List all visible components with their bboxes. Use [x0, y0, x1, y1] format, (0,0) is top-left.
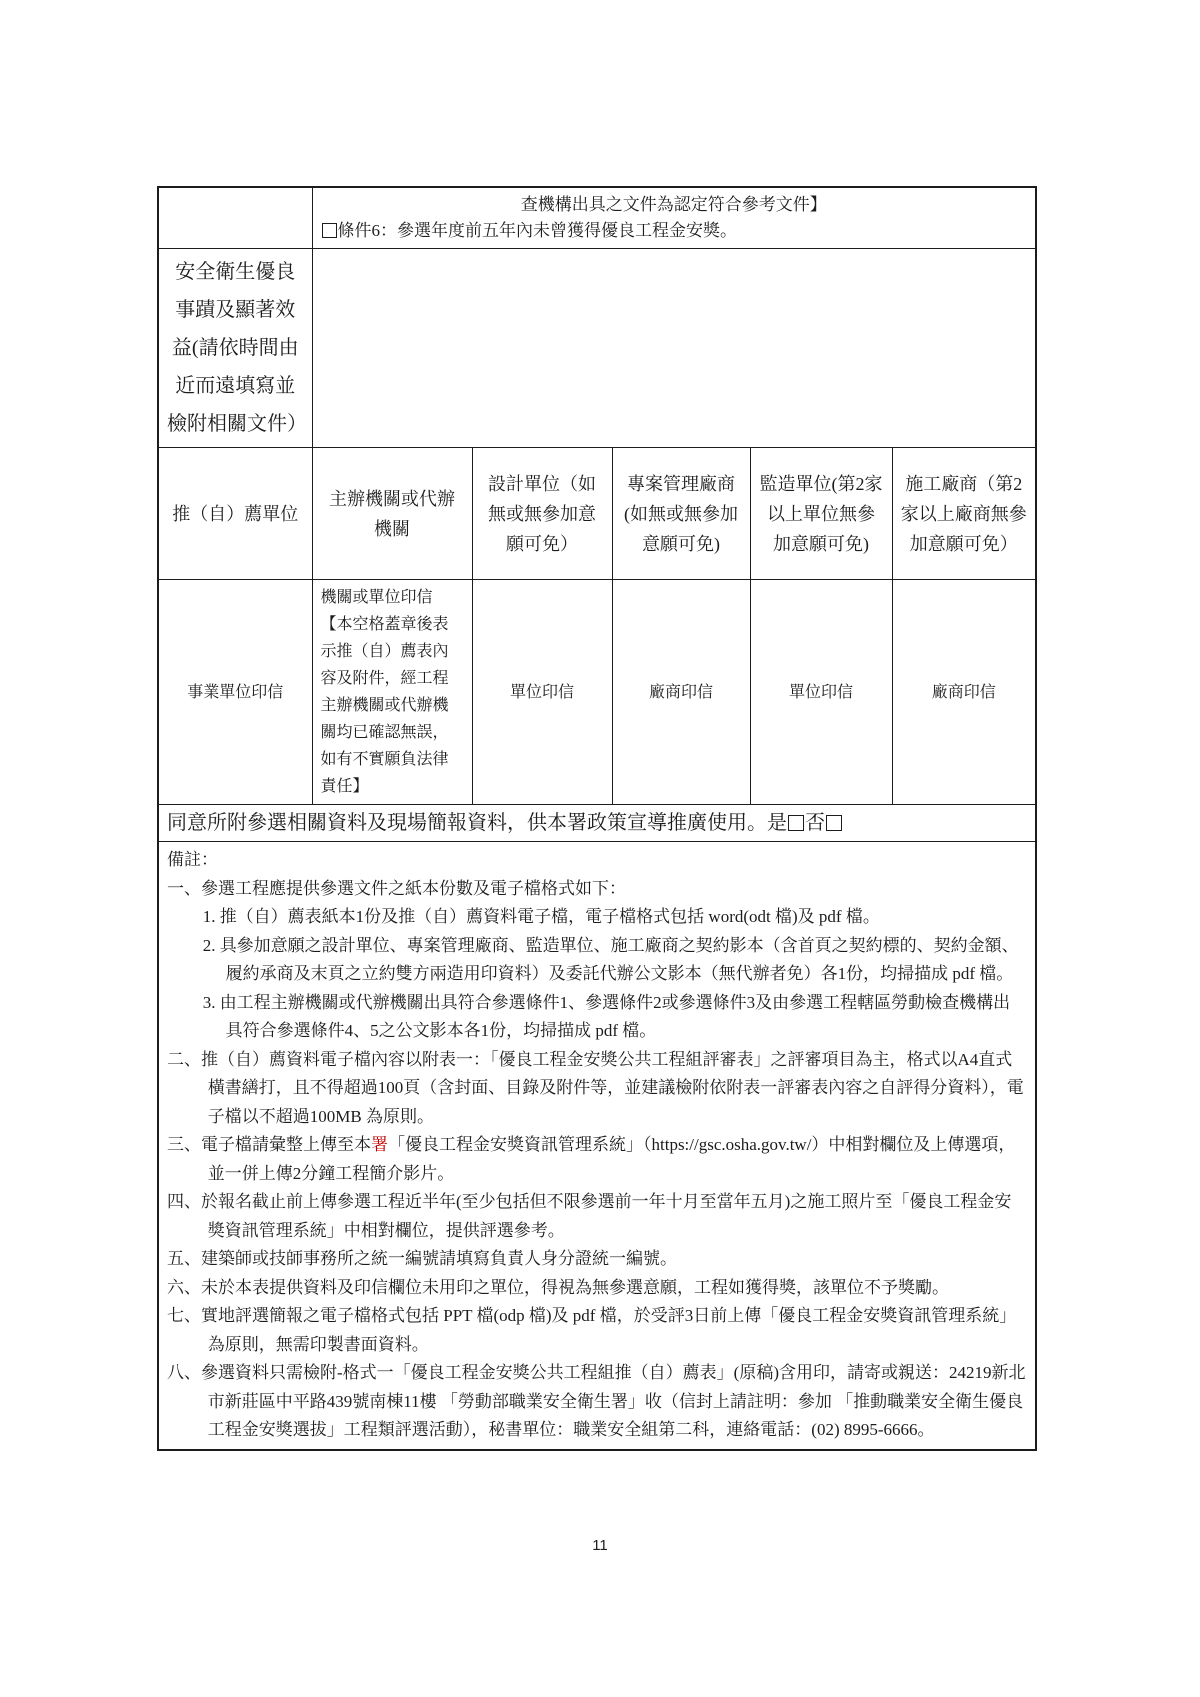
header-design-unit: 設計單位（如無或無參加意願可免）	[472, 448, 612, 580]
condition6-line: 條件6：參選年度前五年內未曾獲得優良工程金安獎。	[321, 218, 1028, 244]
seal-cell-supervision[interactable]: 單位印信	[750, 580, 892, 805]
seal-cell-design[interactable]: 單位印信	[472, 580, 612, 805]
row-seals: 事業單位印信 機關或單位印信 【本空格蓋章後表示推（自）薦表內容及附件，經工程主…	[158, 580, 1036, 805]
achievement-label-cell: 安全衛生優良事蹟及顯著效益(請依時間由近而遠填寫並檢附相關文件）	[158, 249, 312, 448]
note-6-text: 未於本表提供資料及印信欄位未用印之單位，得視為無參選意願，工程如獲得獎，該單位不…	[201, 1278, 949, 1297]
row-notes: 備註： 一、參選工程應提供參選文件之紙本份數及電子檔格式如下： 1. 推（自）薦…	[158, 842, 1036, 1450]
seal-cell-agency[interactable]: 機關或單位印信 【本空格蓋章後表示推（自）薦表內容及附件，經工程主辦機關或代辦機…	[312, 580, 472, 805]
achievement-input-area[interactable]	[312, 249, 1036, 448]
note-3-red-char: 署	[371, 1135, 388, 1154]
consent-yes-checkbox[interactable]	[788, 815, 804, 831]
note-2-label: 二、	[167, 1050, 201, 1069]
row-unit-headers: 推（自）薦單位 主辦機關或代辦機關 設計單位（如無或無參加意願可免） 專案管理廠…	[158, 448, 1036, 580]
note-1-sub-3: 3. 由工程主辦機關或代辦機關出具符合參選條件1、參選條件2或參選條件3及由參選…	[203, 989, 1027, 1046]
note-8-text: 參選資料只需檢附-格式一「優良工程金安獎公共工程組推（自）薦表」(原稿)含用印，…	[201, 1363, 1025, 1439]
note-3-label: 三、	[167, 1135, 201, 1154]
note-7: 七、實地評選簡報之電子檔格式包括 PPT 檔(odp 檔)及 pdf 檔，於受評…	[167, 1302, 1027, 1359]
note-5-text: 建築師或技師事務所之統一編號請填寫負責人身分證統一編號。	[201, 1249, 677, 1268]
header-supervision-unit: 監造單位(第2家以上單位無參加意願可免)	[750, 448, 892, 580]
seal-agency-note: 【本空格蓋章後表示推（自）薦表內容及附件，經工程主辦機關或代辦機關均已確認無誤，…	[321, 611, 464, 800]
row-achievement: 安全衛生優良事蹟及顯著效益(請依時間由近而遠填寫並檢附相關文件）	[158, 249, 1036, 448]
note-7-label: 七、	[167, 1306, 201, 1325]
note-1-text: 參選工程應提供參選文件之紙本份數及電子檔格式如下：	[201, 879, 626, 898]
seal-cell-constructor[interactable]: 廠商印信	[892, 580, 1036, 805]
note-3: 三、電子檔請彙整上傳至本署「優良工程金安獎資訊管理系統」（https://gsc…	[167, 1131, 1027, 1188]
header-host-agency: 主辦機關或代辦機關	[312, 448, 472, 580]
header-pm-vendor: 專案管理廠商(如無或無參加意願可免)	[612, 448, 750, 580]
note-2-text: 推（自）薦資料電子檔內容以附表一：「優良工程金安獎公共工程組評審表」之評審項目為…	[201, 1050, 1024, 1126]
notes-header: 備註：	[167, 846, 1027, 875]
note-1-label: 一、	[167, 879, 201, 898]
consent-yes-label: 是	[767, 812, 787, 834]
seal-cell-pm[interactable]: 廠商印信	[612, 580, 750, 805]
note-4-label: 四、	[167, 1192, 201, 1211]
note-1-sub-1: 1. 推（自）薦表紙本1份及推（自）薦資料電子檔，電子檔格式包括 word(od…	[203, 903, 1027, 932]
note-1-sub-2: 2. 具參加意願之設計單位、專案管理廠商、監造單位、施工廠商之契約影本（含首頁之…	[203, 932, 1027, 989]
note-8-label: 八、	[167, 1363, 201, 1382]
condition6-label: 條件6：參選年度前五年內未曾獲得優良工程金安獎。	[338, 221, 738, 240]
note-3-text-pre: 電子檔請彙整上傳至本	[201, 1135, 371, 1154]
condition6-checkbox[interactable]	[322, 223, 337, 238]
condition-cell: 查機構出具之文件為認定符合參考文件】 條件6：參選年度前五年內未曾獲得優良工程金…	[312, 187, 1036, 249]
consent-no-checkbox[interactable]	[826, 815, 842, 831]
note-4-text: 於報名截止前上傳參選工程近半年(至少包括但不限參選前一年十月至當年五月)之施工照…	[201, 1192, 1011, 1240]
header-construction-vendor: 施工廠商（第2家以上廠商無參加意願可免）	[892, 448, 1036, 580]
seal-agency-title: 機關或單位印信	[321, 584, 464, 611]
note-4: 四、於報名截止前上傳參選工程近半年(至少包括但不限參選前一年十月至當年五月)之施…	[167, 1188, 1027, 1245]
condition-left-blank-cell	[158, 187, 312, 249]
note-6: 六、未於本表提供資料及印信欄位未用印之單位，得視為無參選意願，工程如獲得獎，該單…	[167, 1274, 1027, 1303]
recommendation-form-table: 查機構出具之文件為認定符合參考文件】 條件6：參選年度前五年內未曾獲得優良工程金…	[157, 186, 1037, 1451]
note-5-label: 五、	[167, 1249, 201, 1268]
note-5: 五、建築師或技師事務所之統一編號請填寫負責人身分證統一編號。	[167, 1245, 1027, 1274]
note-8: 八、參選資料只需檢附-格式一「優良工程金安獎公共工程組推（自）薦表」(原稿)含用…	[167, 1359, 1027, 1445]
notes-cell: 備註： 一、參選工程應提供參選文件之紙本份數及電子檔格式如下： 1. 推（自）薦…	[158, 842, 1036, 1450]
row-condition: 查機構出具之文件為認定符合參考文件】 條件6：參選年度前五年內未曾獲得優良工程金…	[158, 187, 1036, 249]
consent-text: 同意所附參選相關資料及現場簡報資料，供本署政策宣導推廣使用。	[167, 812, 767, 834]
condition-continuation-text: 查機構出具之文件為認定符合參考文件】	[321, 192, 1028, 218]
consent-no-label: 否	[805, 812, 825, 834]
header-recommending-unit: 推（自）薦單位	[158, 448, 312, 580]
note-1: 一、參選工程應提供參選文件之紙本份數及電子檔格式如下：	[167, 875, 1027, 904]
row-consent: 同意所附參選相關資料及現場簡報資料，供本署政策宣導推廣使用。是否	[158, 805, 1036, 842]
document-page: 查機構出具之文件為認定符合參考文件】 條件6：參選年度前五年內未曾獲得優良工程金…	[0, 0, 1200, 1697]
seal-cell-recommender[interactable]: 事業單位印信	[158, 580, 312, 805]
consent-cell: 同意所附參選相關資料及現場簡報資料，供本署政策宣導推廣使用。是否	[158, 805, 1036, 842]
note-7-text: 實地評選簡報之電子檔格式包括 PPT 檔(odp 檔)及 pdf 檔，於受評3日…	[201, 1306, 1016, 1354]
notes-block: 備註： 一、參選工程應提供參選文件之紙本份數及電子檔格式如下： 1. 推（自）薦…	[167, 846, 1027, 1445]
page-number: 11	[0, 1537, 1200, 1554]
note-6-label: 六、	[167, 1278, 201, 1297]
note-2: 二、推（自）薦資料電子檔內容以附表一：「優良工程金安獎公共工程組評審表」之評審項…	[167, 1046, 1027, 1132]
